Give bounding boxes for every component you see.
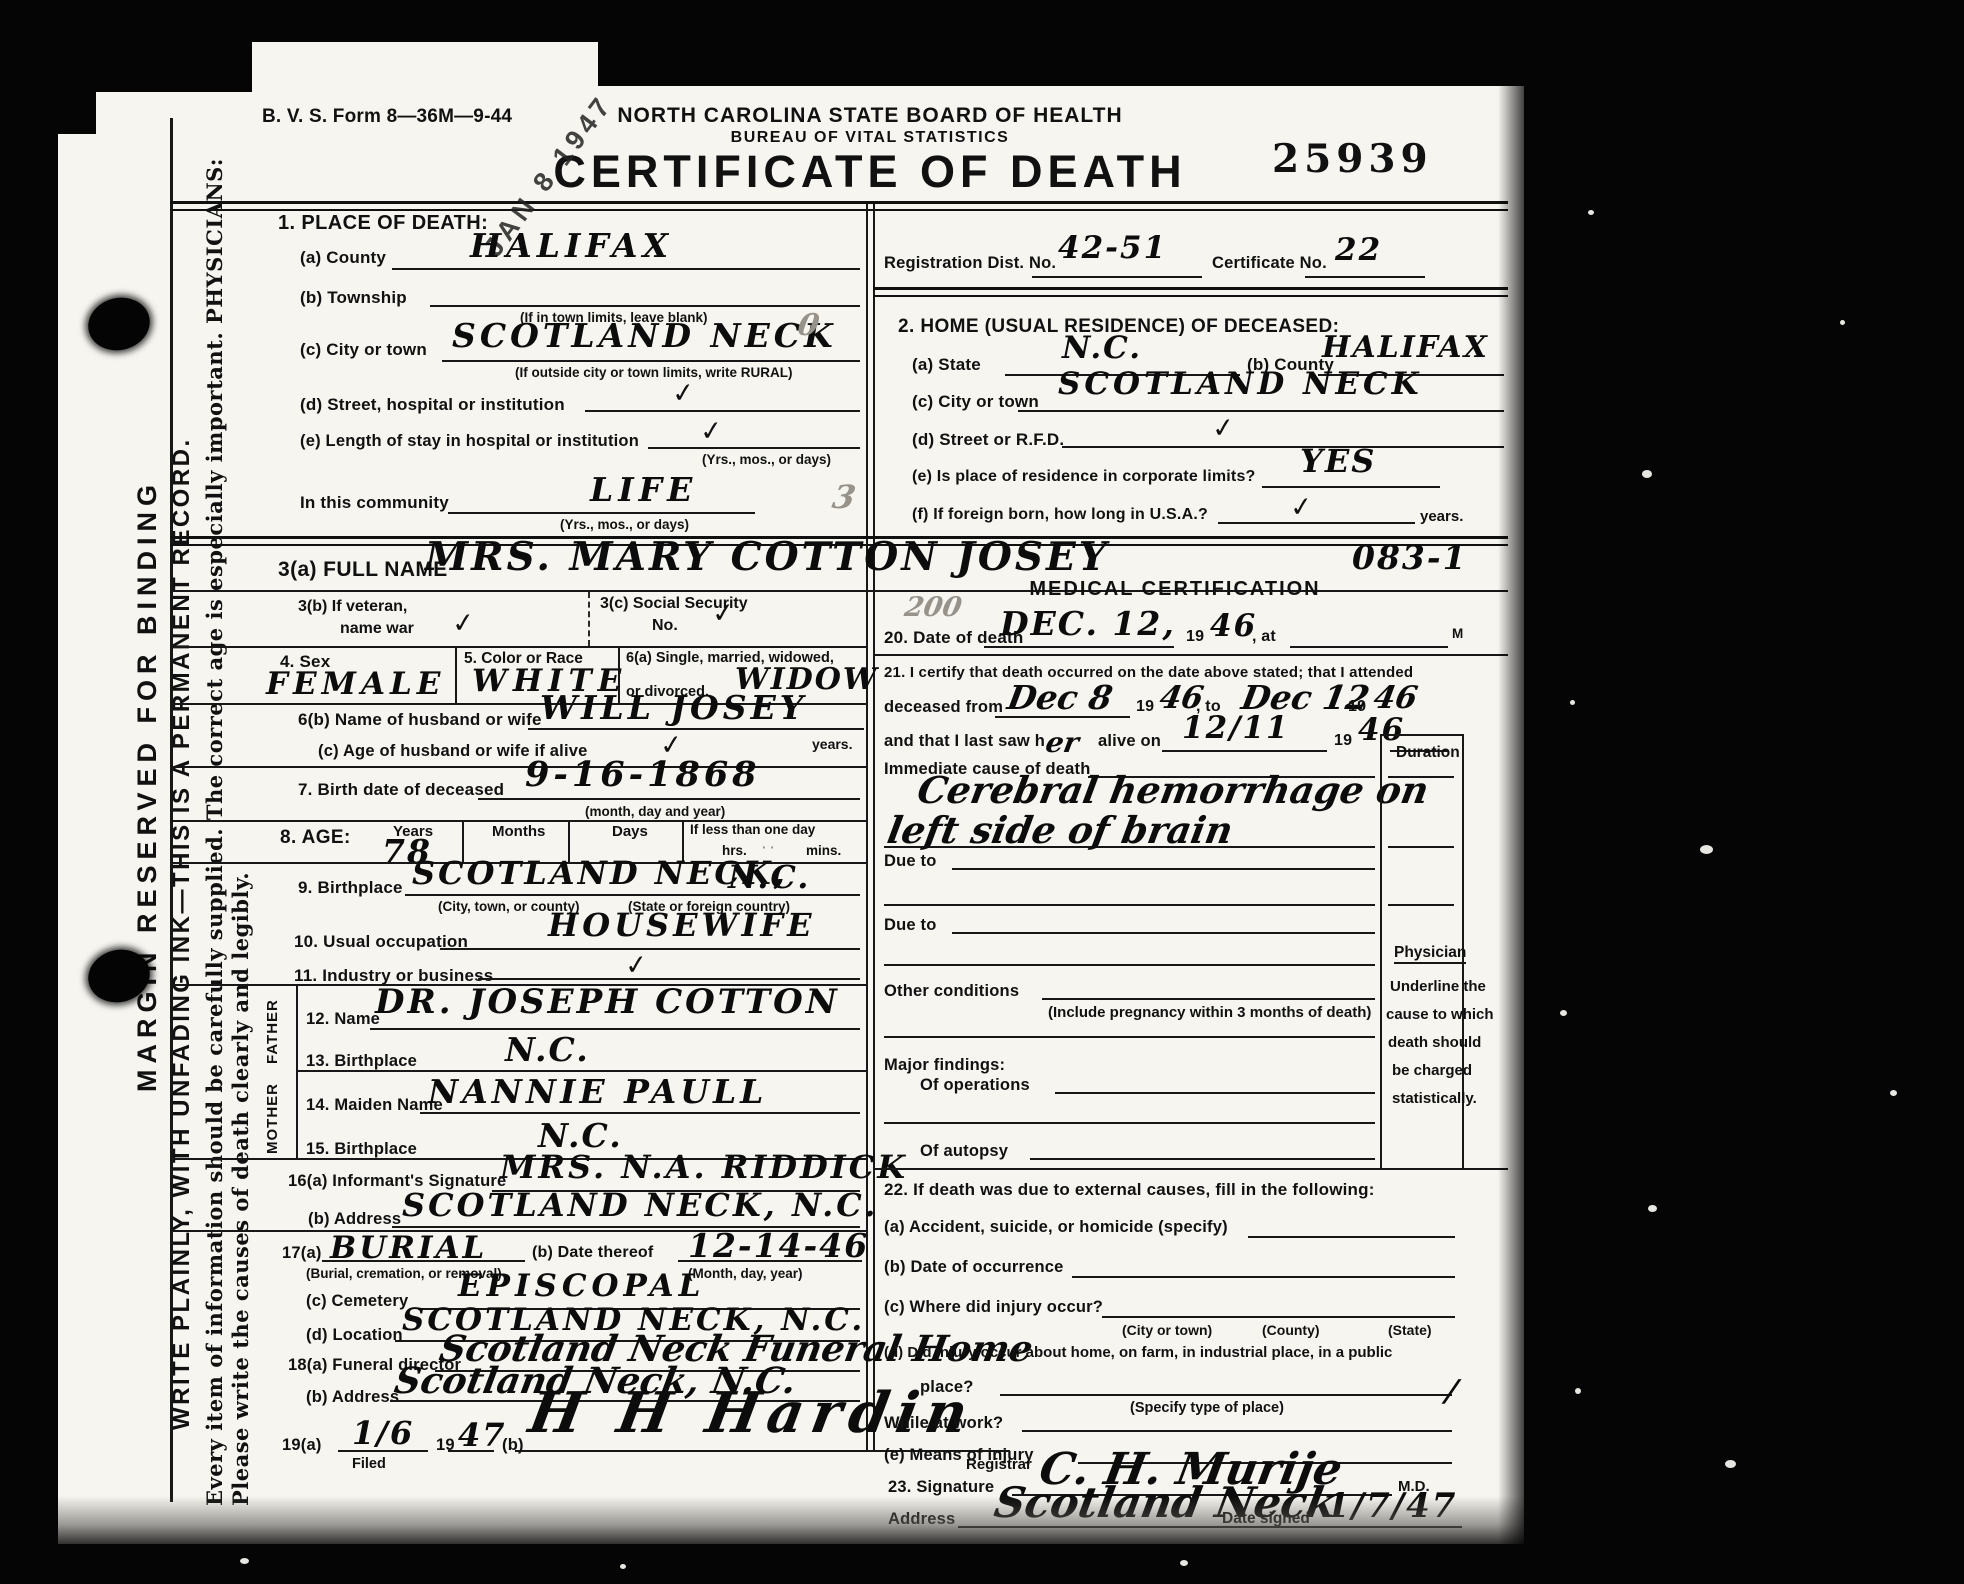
external-d-note: (Specify type of place) bbox=[1130, 1400, 1284, 1416]
film-speck bbox=[1648, 1205, 1657, 1212]
filed-label: 19(a) bbox=[282, 1436, 322, 1455]
mother-name-line bbox=[420, 1112, 860, 1114]
home-corporate-value: YES bbox=[1300, 442, 1376, 480]
father-name-line bbox=[370, 1028, 860, 1030]
reg-dist-label: Registration Dist. No. bbox=[884, 254, 1056, 273]
place-community-label: In this community bbox=[300, 493, 449, 513]
informant-addr-value: SCOTLAND NECK, N.C. bbox=[402, 1186, 878, 1224]
film-speck bbox=[1575, 1388, 1581, 1394]
full-name-value: MRS. MARY COTTON JOSEY bbox=[425, 534, 1110, 580]
death-at-line bbox=[1290, 646, 1448, 648]
filed-year-line bbox=[448, 1450, 494, 1452]
filed-date-value: 1/6 bbox=[352, 1414, 414, 1452]
external-c-line bbox=[1102, 1316, 1455, 1318]
film-speck bbox=[1840, 320, 1845, 325]
father-name-value: DR. JOSEPH COTTON bbox=[375, 982, 840, 1022]
filed-note: Filed bbox=[352, 1456, 386, 1472]
duration-line-3 bbox=[1388, 904, 1454, 906]
place-stay-note: (Yrs., mos., or days) bbox=[702, 452, 831, 467]
home-foreign-label: (f) If foreign born, how long in U.S.A.? bbox=[912, 506, 1208, 524]
birthdate-value: 9-16-1868 bbox=[525, 754, 761, 795]
home-state-label: (a) State bbox=[912, 355, 981, 375]
place-city-line bbox=[442, 360, 860, 362]
place-county-line bbox=[392, 268, 860, 270]
place-street-label: (d) Street, hospital or institution bbox=[300, 395, 565, 415]
home-corporate-line bbox=[1262, 486, 1440, 488]
place-township-label: (b) Township bbox=[300, 288, 407, 308]
attended-from-label: deceased from bbox=[884, 698, 1003, 717]
blank-line-1 bbox=[884, 904, 1375, 906]
burial-label: 17(a) bbox=[282, 1244, 322, 1263]
duration-box-top bbox=[1380, 734, 1462, 736]
while-at-work-label: While at work? bbox=[884, 1414, 1003, 1433]
row3b-bottom-rule bbox=[170, 646, 866, 648]
blank-line-4 bbox=[884, 1122, 1375, 1124]
age-pencil-dots: · · bbox=[762, 840, 775, 855]
place-community-line bbox=[448, 512, 755, 514]
row6c-bottom-rule bbox=[170, 766, 866, 768]
birthdate-label: 7. Birth date of deceased bbox=[298, 780, 504, 800]
father-side-label: FATHER bbox=[264, 984, 281, 1064]
operations-line bbox=[1055, 1092, 1375, 1094]
spouse-value: WILL JOSEY bbox=[540, 688, 807, 727]
home-street-checkmark: ✓ bbox=[1210, 412, 1236, 445]
sex-value: FEMALE bbox=[266, 666, 445, 702]
place-township-line bbox=[430, 305, 860, 307]
place-city-label: (c) City or town bbox=[300, 340, 427, 360]
film-speck bbox=[620, 1564, 626, 1569]
form-number: B. V. S. Form 8—36M—9-44 bbox=[262, 106, 512, 128]
age-days-label: Days bbox=[612, 823, 648, 840]
cert-no-value: 22 bbox=[1335, 232, 1382, 268]
major-findings-label: Major findings: bbox=[884, 1056, 1005, 1075]
film-speck bbox=[1180, 1560, 1188, 1566]
column-divider-b bbox=[873, 204, 875, 1452]
physician-signature-label: 23. Signature bbox=[888, 1478, 994, 1497]
film-edge-bottom bbox=[0, 1544, 1964, 1584]
spouse-age-note: years. bbox=[812, 736, 852, 752]
while-at-work-line bbox=[1022, 1430, 1452, 1432]
mother-name-value: NANNIE PAULL bbox=[428, 1072, 767, 1111]
age-mins-label: mins. bbox=[806, 843, 841, 858]
burial-date-line bbox=[678, 1260, 862, 1262]
cause-handwriting-2: left side of brain bbox=[884, 808, 1236, 852]
filed-date-line bbox=[338, 1450, 428, 1452]
place-county-label: (a) County bbox=[300, 248, 386, 268]
underline-note-5: statistically. bbox=[1392, 1090, 1477, 1107]
film-speck bbox=[1700, 845, 1713, 854]
mother-side-label: MOTHER bbox=[264, 1070, 281, 1154]
spouse-label: 6(b) Name of husband or wife bbox=[298, 710, 542, 730]
death-at-label: , at bbox=[1252, 628, 1276, 646]
burial-line bbox=[322, 1260, 525, 1262]
other-conditions-note: (Include pregnancy within 3 months of de… bbox=[1048, 1004, 1371, 1021]
medical-rule-2 bbox=[873, 1168, 1508, 1170]
film-speck bbox=[1725, 1460, 1736, 1468]
home-foreign-line bbox=[1218, 522, 1415, 524]
autopsy-label: Of autopsy bbox=[920, 1142, 1008, 1161]
last-saw-value: 12/11 bbox=[1182, 710, 1290, 746]
place-city-value: SCOTLAND NECK bbox=[452, 316, 837, 355]
attended-from-line bbox=[995, 716, 1130, 718]
due-to-line-1 bbox=[952, 868, 1375, 870]
other-conditions-line bbox=[1042, 998, 1375, 1000]
attended-from-value: Dec 8 bbox=[1005, 678, 1116, 717]
spouse-line bbox=[528, 728, 864, 730]
death-date-value: DEC. 12, bbox=[1000, 604, 1176, 643]
blank-line-2 bbox=[884, 964, 1375, 966]
informant-value: MRS. N.A. RIDDICK bbox=[500, 1148, 908, 1186]
external-b-label: (b) Date of occurrence bbox=[884, 1258, 1064, 1277]
underline-note-3: death should bbox=[1388, 1034, 1481, 1051]
birthdate-note: (month, day and year) bbox=[585, 804, 725, 819]
age-label: 8. AGE: bbox=[280, 827, 351, 849]
external-a-line bbox=[1248, 1236, 1455, 1238]
cert-no-line bbox=[1305, 276, 1425, 278]
external-c-note-2: (County) bbox=[1262, 1322, 1320, 1338]
reg-dist-line bbox=[1032, 276, 1202, 278]
external-b-line bbox=[1072, 1276, 1455, 1278]
due-to-line-2 bbox=[952, 932, 1375, 934]
underline-note-4: be charged bbox=[1392, 1062, 1472, 1079]
page-bottom-shadow bbox=[58, 1496, 1526, 1548]
duration-line-1 bbox=[1388, 776, 1454, 778]
birthplace-value-2: N.C. bbox=[728, 858, 810, 896]
place-street-checkmark: ✓ bbox=[670, 377, 696, 410]
cemetery-value: EPISCOPAL bbox=[458, 1268, 705, 1304]
certificate-title: CERTIFICATE OF DEATH bbox=[480, 146, 1260, 198]
home-foreign-note: years. bbox=[1420, 508, 1463, 525]
board-title: NORTH CAROLINA STATE BOARD OF HEALTH bbox=[560, 104, 1180, 128]
file-code-value: 083-1 bbox=[1352, 538, 1468, 577]
from-yr-prefix: 19 bbox=[1136, 698, 1154, 716]
filed-b-label: (b) bbox=[502, 1436, 524, 1455]
death-yr-value: 46 bbox=[1210, 608, 1257, 644]
home-street-line bbox=[1062, 446, 1504, 448]
place-stay-label: (e) Length of stay in hospital or instit… bbox=[300, 432, 639, 451]
place-county-value: HALIFAX bbox=[470, 226, 673, 265]
place-stay-checkmark: ✓ bbox=[698, 415, 724, 448]
bureau-subtitle: BUREAU OF VITAL STATISTICS bbox=[560, 129, 1180, 147]
home-corporate-label: (e) Is place of residence in corporate l… bbox=[912, 468, 1256, 486]
burial-location-label: (d) Location bbox=[306, 1326, 403, 1345]
external-d-line bbox=[1000, 1394, 1452, 1396]
burial-date-label: (b) Date thereof bbox=[532, 1244, 653, 1262]
full-name-label: 3(a) FULL NAME bbox=[278, 558, 448, 582]
place-stay-line bbox=[648, 447, 860, 449]
birthplace-line bbox=[405, 894, 860, 896]
ss-label-2: No. bbox=[652, 617, 678, 635]
death-m-label: M bbox=[1452, 626, 1463, 641]
cemetery-label: (c) Cemetery bbox=[306, 1292, 408, 1311]
occupation-line bbox=[440, 948, 860, 950]
film-speck bbox=[240, 1558, 249, 1564]
father-name-label: 12. Name bbox=[306, 1010, 380, 1029]
film-edge-right bbox=[1524, 0, 1964, 1584]
filed-year-value: 47 bbox=[458, 1416, 507, 1454]
cause-handwriting-1: Cerebral hemorrhage on bbox=[914, 768, 1432, 812]
funeral-addr-label: (b) Address bbox=[306, 1388, 399, 1407]
filed-year-prefix: 19 bbox=[436, 1436, 455, 1455]
registrar-signature: H H Hardin bbox=[524, 1380, 980, 1446]
to-yr-value: 46 bbox=[1371, 680, 1420, 716]
margin-every-item-text: Every item of information should be care… bbox=[202, 106, 227, 1506]
death-yr-prefix: 19 bbox=[1186, 628, 1204, 646]
industry-line bbox=[478, 978, 860, 980]
medical-heading: MEDICAL CERTIFICATION bbox=[940, 578, 1410, 601]
duration-box-left bbox=[1380, 734, 1382, 1168]
external-heading: 22. If death was due to external causes,… bbox=[884, 1180, 1375, 1200]
home-city-value: SCOTLAND NECK bbox=[1058, 366, 1423, 402]
duration-line-2 bbox=[1388, 846, 1454, 848]
medical-rule-1 bbox=[873, 654, 1508, 656]
external-c-label: (c) Where did injury occur? bbox=[884, 1298, 1103, 1317]
margin-please-write-text: Please write the causes of death clearly… bbox=[228, 966, 253, 1506]
film-speck bbox=[1642, 470, 1652, 478]
film-speck bbox=[1570, 700, 1575, 705]
veteran-checkmark: ✓ bbox=[450, 607, 476, 640]
scanned-death-certificate: MARGIN RESERVED FOR BINDING WRITE PLAINL… bbox=[0, 0, 1964, 1584]
place-community-value: LIFE bbox=[590, 470, 697, 509]
form-left-rule bbox=[170, 118, 173, 1502]
alive-on-label: alive on bbox=[1098, 732, 1161, 751]
place-community-note: (Yrs., mos., or days) bbox=[560, 517, 689, 532]
header-double-rule bbox=[170, 201, 1508, 211]
reg-double-rule bbox=[873, 287, 1508, 297]
pencil-200-mark: 200 bbox=[902, 592, 964, 623]
home-county-value: HALIFAX bbox=[1322, 330, 1489, 365]
informant-addr-label: (b) Address bbox=[308, 1210, 401, 1229]
due-to-label-1: Due to bbox=[884, 852, 937, 871]
mother-bp-label: 15. Birthplace bbox=[306, 1140, 417, 1159]
external-c-note-3: (State) bbox=[1388, 1322, 1432, 1338]
occupation-value: HOUSEWIFE bbox=[548, 906, 816, 944]
serial-number: 25939 bbox=[1272, 136, 1433, 182]
cert-no-label: Certificate No. bbox=[1212, 254, 1327, 273]
last-saw-er: er bbox=[1043, 726, 1081, 759]
due-to-label-2: Due to bbox=[884, 916, 937, 935]
external-d-label-2: place? bbox=[920, 1378, 973, 1397]
place-heading: 1. PLACE OF DEATH: bbox=[278, 212, 488, 235]
veteran-ss-divider bbox=[588, 592, 590, 646]
reg-dist-value: 42-51 bbox=[1058, 230, 1167, 266]
last-saw-line bbox=[1162, 750, 1327, 752]
father-bp-label: 13. Birthplace bbox=[306, 1052, 417, 1071]
external-a-label: (a) Accident, suicide, or homicide (spec… bbox=[884, 1218, 1228, 1237]
age-less-label: If less than one day bbox=[690, 822, 815, 837]
age-months-label: Months bbox=[492, 823, 545, 840]
underline-note-2: cause to which bbox=[1386, 1006, 1494, 1023]
birthdate-line bbox=[478, 798, 860, 800]
blank-line-3 bbox=[884, 1036, 1375, 1038]
place-city-note: (If outside city or town limits, write R… bbox=[515, 365, 793, 380]
home-street-label: (d) Street or R.F.D. bbox=[912, 430, 1064, 450]
film-edge-left bbox=[0, 0, 58, 1584]
film-speck bbox=[1890, 1090, 1897, 1096]
means-of-injury-label: (e) Means of injury bbox=[884, 1446, 1034, 1465]
father-bp-value: N.C. bbox=[505, 1030, 590, 1069]
other-conditions-label: Other conditions bbox=[884, 982, 1019, 1001]
ss-checkmark: ✓ bbox=[710, 597, 736, 630]
home-foreign-checkmark: ✓ bbox=[1288, 491, 1314, 524]
underline-note-1: Underline the bbox=[1390, 978, 1486, 995]
home-state-value: N.C. bbox=[1062, 330, 1142, 366]
autopsy-line bbox=[1030, 1158, 1375, 1160]
home-city-label: (c) City or town bbox=[912, 392, 1039, 412]
film-speck bbox=[1588, 210, 1594, 215]
sex-race-divider bbox=[455, 646, 457, 703]
veteran-label-2: name war bbox=[340, 620, 414, 638]
film-speck bbox=[1560, 1010, 1567, 1016]
saw-yr-prefix: 19 bbox=[1334, 732, 1352, 750]
external-c-note-1: (City or town) bbox=[1122, 1322, 1212, 1338]
home-city-line bbox=[1018, 410, 1504, 412]
operations-label: Of operations bbox=[920, 1076, 1030, 1095]
external-d-label: (d) Did injury occur about home, on farm… bbox=[884, 1344, 1392, 1361]
physician-label: Physician bbox=[1394, 944, 1466, 964]
place-street-line bbox=[585, 410, 860, 412]
duration-label: Duration bbox=[1396, 744, 1460, 762]
death-date-line bbox=[984, 646, 1174, 648]
veteran-label-1: 3(b) If veteran, bbox=[298, 598, 407, 616]
birthplace-label: 9. Birthplace bbox=[298, 878, 403, 898]
last-saw-label: and that I last saw h bbox=[884, 732, 1045, 751]
